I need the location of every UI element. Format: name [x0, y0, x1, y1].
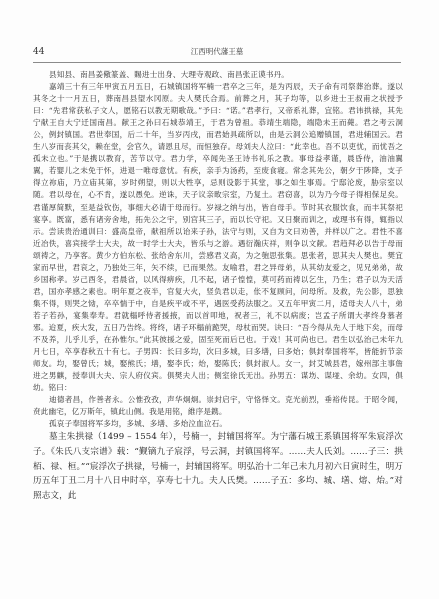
- epitaph-text: 县知县、南昌姜儆篆盖、賜进士出身、大理寺观政、南昌张正谟书丹。 嘉靖三十有三年甲…: [33, 69, 403, 430]
- epitaph-paragraph: 县知县、南昌姜儆篆盖、賜进士出身、大理寺观政、南昌张正谟书丹。: [33, 69, 403, 81]
- document-page: 44 江西明代藩王墓 县知县、南昌姜儆篆盖、賜进士出身、大理寺观政、南昌张正谟书…: [0, 0, 439, 599]
- commentary-paragraph: 墓主朱拱禄（1499 – 1554 年），号楠一，封辅国将军。为宁藩石城王系镇国…: [33, 430, 403, 503]
- commentary-text: 墓主朱拱禄（1499 – 1554 年），号楠一，封辅国将军。为宁藩石城王系镇国…: [33, 430, 403, 503]
- page-header: 44 江西明代藩王墓: [33, 46, 401, 63]
- epitaph-paragraph: 嘉靖三十有三年甲寅五月五日，石城镇国将军楠一君卒之三年，是为丙辰，天子命有司祭葬…: [33, 81, 403, 394]
- running-title: 江西明代藩王墓: [33, 46, 401, 58]
- epitaph-inscription: 迪德者昌，作善者永。公惟孜孜，声华炯炯。崇封启宇，守恪怿文。克光前烈，垂裕传昆。…: [33, 394, 403, 418]
- epitaph-signature: 孤哀子奉国将军多均，多城、多墡、多炲泣血泣石。: [33, 418, 403, 430]
- page-body: 县知县、南昌姜儆篆盖、賜进士出身、大理寺观政、南昌张正谟书丹。 嘉靖三十有三年甲…: [33, 69, 403, 503]
